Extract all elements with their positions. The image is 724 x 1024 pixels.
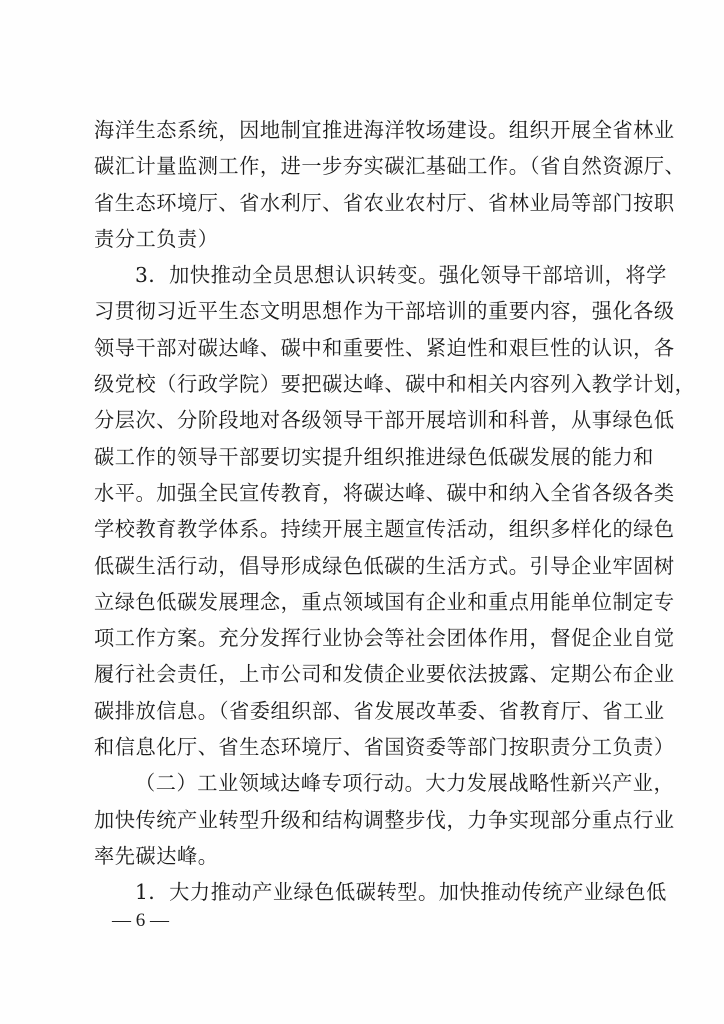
text-line: 率先碳达峰。 <box>94 838 630 874</box>
text-line: 和信息化厅、省生态环境厅、省国资委等部门按职责分工负责） <box>94 729 630 765</box>
text-line: 责分工负责） <box>94 221 630 257</box>
text-line: 海洋生态系统，因地制宜推进海洋牧场建设。组织开展全省林业 <box>94 112 630 148</box>
body-text: 海洋生态系统，因地制宜推进海洋牧场建设。组织开展全省林业碳汇计量监测工作，进一步… <box>94 112 630 911</box>
text-line: 立绿色低碳发展理念，重点领域国有企业和重点用能单位制定专 <box>94 584 630 620</box>
text-line: 3．加快推动全员思想认识转变。强化领导干部培训，将学 <box>94 257 630 293</box>
page-number: — 6 — <box>112 906 169 936</box>
text-line: 水平。加强全民宣传教育，将碳达峰、碳中和纳入全省各级各类 <box>94 475 630 511</box>
text-line: 低碳生活行动，倡导形成绿色低碳的生活方式。引导企业牢固树 <box>94 548 630 584</box>
text-line: 碳工作的领导干部要切实提升组织推进绿色低碳发展的能力和 <box>94 439 630 475</box>
text-line: 加快传统产业转型升级和结构调整步伐，力争实现部分重点行业 <box>94 802 630 838</box>
text-line: 领导干部对碳达峰、碳中和重要性、紧迫性和艰巨性的认识，各 <box>94 330 630 366</box>
text-line: 习贯彻习近平生态文明思想作为干部培训的重要内容，强化各级 <box>94 293 630 329</box>
text-line: 1．大力推动产业绿色低碳转型。加快推动传统产业绿色低 <box>94 874 630 910</box>
text-line: 履行社会责任，上市公司和发债企业要依法披露、定期公布企业 <box>94 656 630 692</box>
text-line: 碳汇计量监测工作，进一步夯实碳汇基础工作。（省自然资源厅、 <box>94 148 630 184</box>
text-line: 级党校（行政学院）要把碳达峰、碳中和相关内容列入教学计划， <box>94 366 630 402</box>
text-line: 项工作方案。充分发挥行业协会等社会团体作用，督促企业自觉 <box>94 620 630 656</box>
text-line: （二）工业领域达峰专项行动。大力发展战略性新兴产业， <box>94 765 630 801</box>
text-line: 学校教育教学体系。持续开展主题宣传活动，组织多样化的绿色 <box>94 511 630 547</box>
document-page: 海洋生态系统，因地制宜推进海洋牧场建设。组织开展全省林业碳汇计量监测工作，进一步… <box>0 0 724 1024</box>
text-line: 碳排放信息。（省委组织部、省发展改革委、省教育厅、省工业 <box>94 693 630 729</box>
text-line: 分层次、分阶段地对各级领导干部开展培训和科普，从事绿色低 <box>94 402 630 438</box>
text-line: 省生态环境厅、省水利厅、省农业农村厅、省林业局等部门按职 <box>94 185 630 221</box>
